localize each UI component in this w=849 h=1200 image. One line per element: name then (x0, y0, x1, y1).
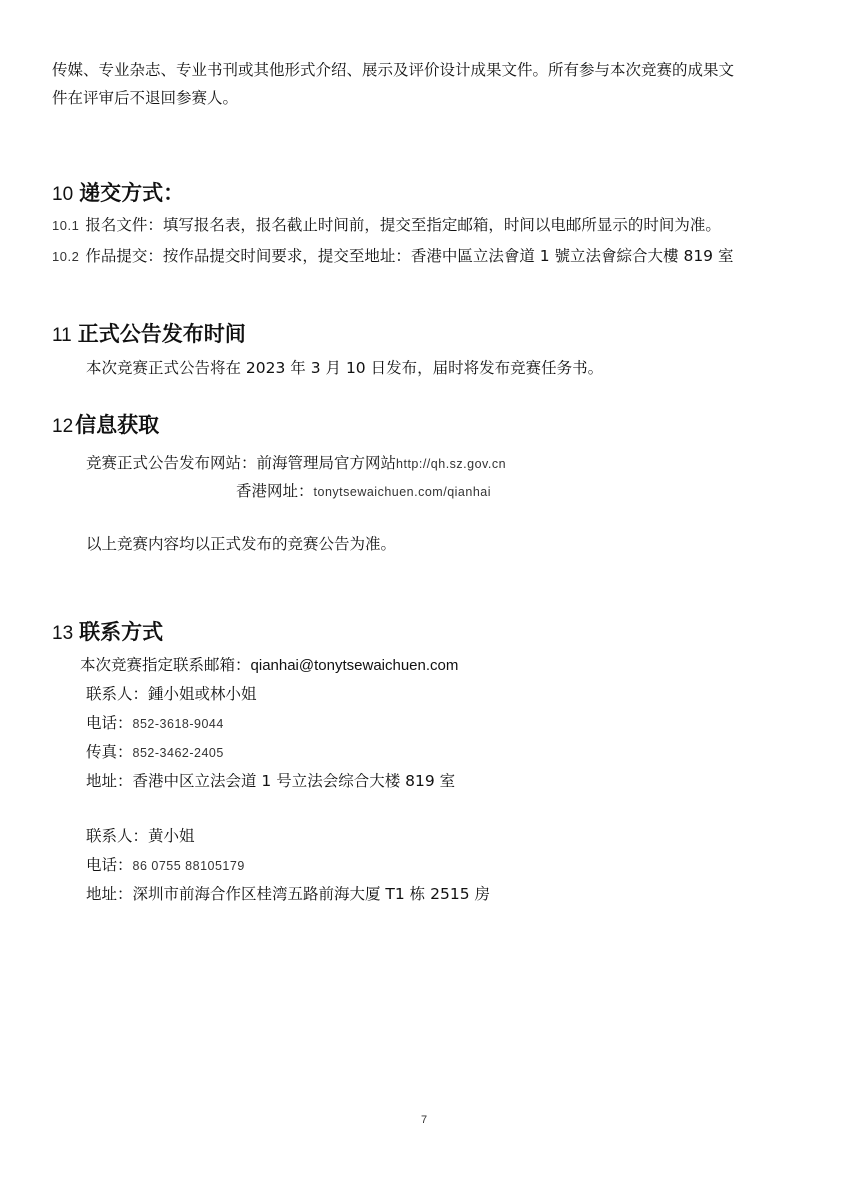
item-number: 10.2 (52, 249, 79, 264)
sz-phone-line: 电话：86 0755 88105179 (86, 855, 245, 876)
section-number: 13 (52, 623, 73, 644)
intro-line-1: 传媒、专业杂志、专业书刊或其他形式介绍、展示及评价设计成果文件。所有参与本次竞赛… (52, 60, 734, 80)
sz-phone-number: 86 0755 88105179 (133, 859, 245, 873)
section-number: 11 (52, 325, 72, 346)
hk-phone-line: 电话：852-3618-9044 (86, 713, 224, 734)
section-title: 正式公告发布时间 (78, 322, 246, 346)
page-number: 7 (421, 1114, 427, 1126)
section-13-heading: 13联系方式 (52, 619, 163, 647)
phone-label: 电话： (86, 856, 133, 874)
section-10-heading: 10递交方式： (52, 180, 184, 208)
phone-label: 电话： (86, 714, 133, 732)
section-11-heading: 11正式公告发布时间 (52, 321, 246, 349)
hk-fax-line: 传真：852-3462-2405 (86, 742, 224, 763)
item-number: 10.1 (52, 218, 79, 233)
fax-label: 传真： (86, 743, 133, 761)
item-10-2: 10.2作品提交：按作品提交时间要求，提交至地址：香港中區立法會道 1 號立法會… (52, 246, 733, 267)
section-12-heading: 12信息获取 (52, 412, 159, 440)
hk-website-label: 香港网址： (236, 482, 314, 500)
website-link[interactable]: http://qh.sz.gov.cn (396, 457, 506, 471)
section-title: 联系方式 (79, 620, 163, 644)
sz-address: 地址：深圳市前海合作区桂湾五路前海大厦 T1 栋 2515 房 (86, 884, 490, 904)
section-title: 递交方式： (79, 181, 184, 205)
sz-contact-person: 联系人：黄小姐 (86, 826, 195, 846)
announcement-text: 本次竞赛正式公告将在 2023 年 3 月 10 日发布，届时将发布竞赛任务书。 (86, 358, 603, 378)
item-text: 作品提交：按作品提交时间要求，提交至地址：香港中區立法會道 1 號立法會綜合大樓… (85, 247, 733, 265)
section-number: 10 (52, 184, 73, 205)
item-text: 报名文件：填写报名表，报名截止时间前，提交至指定邮箱，时间以电邮所显示的时间为准… (85, 216, 721, 234)
hk-fax-number: 852-3462-2405 (133, 746, 224, 760)
hk-address: 地址：香港中区立法会道 1 号立法会综合大楼 819 室 (86, 771, 455, 791)
section-title: 信息获取 (75, 413, 159, 437)
hk-contact-person: 联系人：鍾小姐或林小姐 (86, 684, 257, 704)
hk-phone-number: 852-3618-9044 (133, 717, 224, 731)
website-line: 竞赛正式公告发布网站：前海管理局官方网站http://qh.sz.gov.cn (86, 453, 506, 474)
disclaimer-note: 以上竞赛内容均以正式发布的竞赛公告为准。 (86, 534, 396, 554)
section-number: 12 (52, 416, 73, 437)
intro-line-2: 件在评审后不退回参赛人。 (52, 88, 238, 108)
contact-email-line: 本次竞赛指定联系邮箱：qianhai@tonytsewaichuen.com (80, 655, 458, 676)
item-10-1: 10.1报名文件：填写报名表，报名截止时间前，提交至指定邮箱，时间以电邮所显示的… (52, 215, 721, 236)
email-label: 本次竞赛指定联系邮箱： (80, 656, 251, 674)
hk-website-line: 香港网址：tonytsewaichuen.com/qianhai (236, 481, 491, 502)
email-link[interactable]: qianhai@tonytsewaichuen.com (251, 657, 459, 674)
hk-website-link[interactable]: tonytsewaichuen.com/qianhai (314, 485, 492, 499)
website-label: 竞赛正式公告发布网站：前海管理局官方网站 (86, 454, 396, 472)
